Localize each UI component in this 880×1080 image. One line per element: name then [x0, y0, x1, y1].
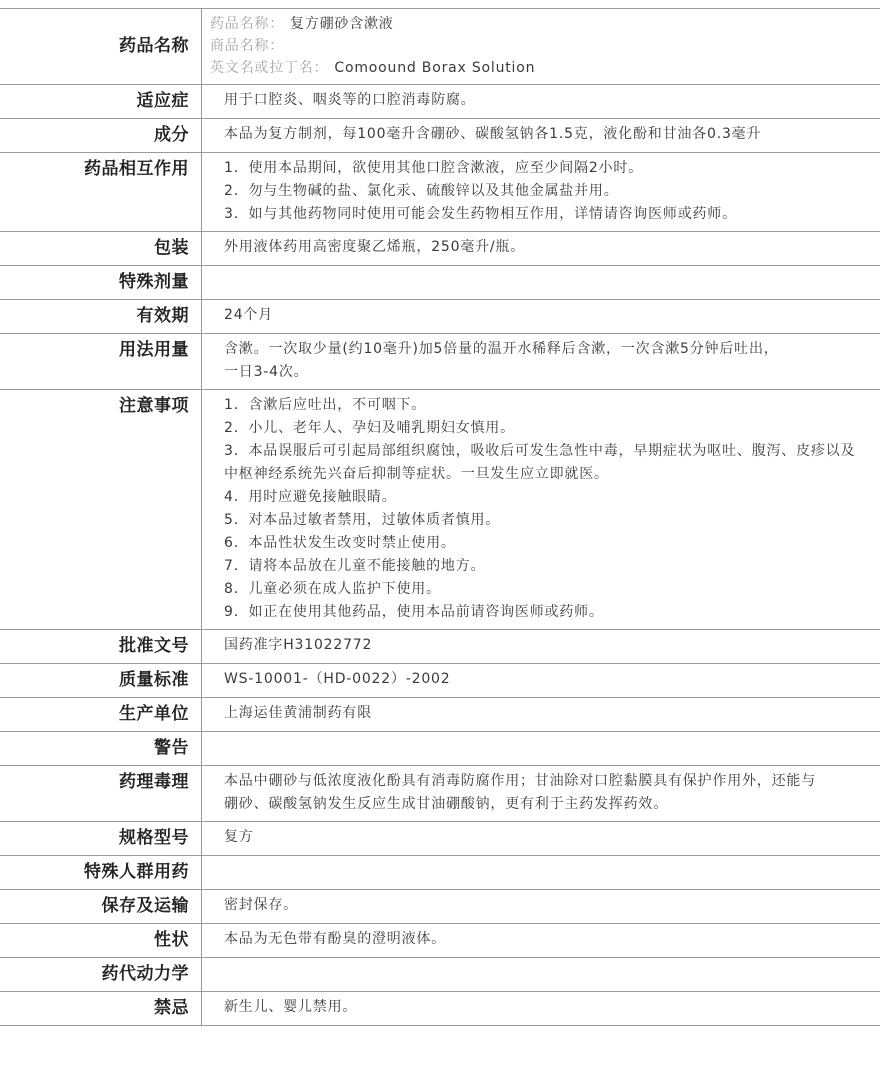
table-row-pharmacokinetics: 药代动力学 — [0, 958, 880, 992]
row-label: 注意事项 — [0, 390, 202, 630]
row-value: 含漱。一次取少量(约10毫升)加5倍量的温开水稀释后含漱，一次含漱5分钟后吐出，… — [202, 334, 880, 390]
row-value: 1．含漱后应吐出，不可咽下。 2．小儿、老年人、孕妇及哺乳期妇女慎用。 3．本品… — [202, 390, 880, 630]
value-line: 本品中硼砂与低浓度液化酚具有消毒防腐作用；甘油除对口腔黏膜具有保护作用外，还能与 — [224, 770, 870, 793]
row-label: 特殊人群用药 — [0, 856, 202, 890]
row-label: 有效期 — [0, 300, 202, 334]
row-value: 密封保存。 — [202, 890, 880, 924]
value-line: 2．小儿、老年人、孕妇及哺乳期妇女慎用。 — [224, 417, 870, 440]
row-value: 上海运佳黄浦制药有限 — [202, 698, 880, 732]
row-label: 批准文号 — [0, 630, 202, 664]
row-label: 成分 — [0, 119, 202, 153]
value-line: 新生儿、婴儿禁用。 — [224, 996, 870, 1019]
value-line: 24个月 — [224, 304, 870, 327]
row-value: 本品为无色带有酚臭的澄明液体。 — [202, 924, 880, 958]
table-row-pharmacology-toxicology: 药理毒理 本品中硼砂与低浓度液化酚具有消毒防腐作用；甘油除对口腔黏膜具有保护作用… — [0, 766, 880, 822]
row-value: 国药准字H31022772 — [202, 630, 880, 664]
row-label: 药品相互作用 — [0, 153, 202, 232]
table-row-packaging: 包装 外用液体药用高密度聚乙烯瓶，250毫升/瓶。 — [0, 232, 880, 266]
table-row-ingredients: 成分 本品为复方制剂，每100毫升含硼砂、碳酸氢钠各1.5克，液化酚和甘油各0.… — [0, 119, 880, 153]
row-label: 适应症 — [0, 85, 202, 119]
row-label: 药理毒理 — [0, 766, 202, 822]
value-line: 3．本品误服后可引起局部组织腐蚀，吸收后可发生急性中毒，早期症状为呕吐、腹泻、皮… — [224, 440, 870, 486]
row-label: 性状 — [0, 924, 202, 958]
table-row-special-populations: 特殊人群用药 — [0, 856, 880, 890]
value-line: 1．使用本品期间，欲使用其他口腔含漱液，应至少间隔2小时。 — [224, 157, 870, 180]
drug-name-field: 药品名称：复方硼砂含漱液 — [210, 13, 870, 35]
row-value: 复方 — [202, 822, 880, 856]
value-line: 一日3-4次。 — [224, 361, 870, 384]
table-row-manufacturer: 生产单位 上海运佳黄浦制药有限 — [0, 698, 880, 732]
value-line: 复方 — [224, 826, 870, 849]
drug-info-page: 药品名称 药品名称：复方硼砂含漱液 商品名称： 英文名或拉丁名：Comoound… — [0, 0, 880, 1026]
row-label: 药代动力学 — [0, 958, 202, 992]
value-line: WS-10001-（HD-0022）-2002 — [224, 668, 870, 691]
row-label: 规格型号 — [0, 822, 202, 856]
value-line: 本品为复方制剂，每100毫升含硼砂、碳酸氢钠各1.5克，液化酚和甘油各0.3毫升 — [224, 123, 870, 146]
table-row-precautions: 注意事项 1．含漱后应吐出，不可咽下。 2．小儿、老年人、孕妇及哺乳期妇女慎用。… — [0, 390, 880, 630]
value-line: 1．含漱后应吐出，不可咽下。 — [224, 394, 870, 417]
table-row-interactions: 药品相互作用 1．使用本品期间，欲使用其他口腔含漱液，应至少间隔2小时。 2．勿… — [0, 153, 880, 232]
value-line: 本品为无色带有酚臭的澄明液体。 — [224, 928, 870, 951]
row-label: 保存及运输 — [0, 890, 202, 924]
row-label: 用法用量 — [0, 334, 202, 390]
row-value: 24个月 — [202, 300, 880, 334]
row-label: 质量标准 — [0, 664, 202, 698]
table-row-specification: 规格型号 复方 — [0, 822, 880, 856]
value-line: 硼砂、碳酸氢钠发生反应生成甘油硼酸钠，更有利于主药发挥药效。 — [224, 793, 870, 816]
row-value — [202, 856, 880, 890]
row-label: 生产单位 — [0, 698, 202, 732]
field-key: 商品名称： — [210, 38, 284, 54]
row-value: 新生儿、婴儿禁用。 — [202, 992, 880, 1026]
table-row-dosage-usage: 用法用量 含漱。一次取少量(约10毫升)加5倍量的温开水稀释后含漱，一次含漱5分… — [0, 334, 880, 390]
table-row-shelf-life: 有效期 24个月 — [0, 300, 880, 334]
table-row-drug-name: 药品名称 药品名称：复方硼砂含漱液 商品名称： 英文名或拉丁名：Comoound… — [0, 9, 880, 85]
table-row-indications: 适应症 用于口腔炎、咽炎等的口腔消毒防腐。 — [0, 85, 880, 119]
row-value: 外用液体药用高密度聚乙烯瓶，250毫升/瓶。 — [202, 232, 880, 266]
table-row-storage-transport: 保存及运输 密封保存。 — [0, 890, 880, 924]
value-line: 密封保存。 — [224, 894, 870, 917]
row-label: 警告 — [0, 732, 202, 766]
value-line: 外用液体药用高密度聚乙烯瓶，250毫升/瓶。 — [224, 236, 870, 259]
value-line: 用于口腔炎、咽炎等的口腔消毒防腐。 — [224, 89, 870, 112]
value-line: 4．用时应避免接触眼睛。 — [224, 486, 870, 509]
row-value: 1．使用本品期间，欲使用其他口腔含漱液，应至少间隔2小时。 2．勿与生物碱的盐、… — [202, 153, 880, 232]
table-row-quality-standard: 质量标准 WS-10001-（HD-0022）-2002 — [0, 664, 880, 698]
table-row-contraindications: 禁忌 新生儿、婴儿禁用。 — [0, 992, 880, 1026]
value-line: 国药准字H31022772 — [224, 634, 870, 657]
english-name-field: 英文名或拉丁名：Comoound Borax Solution — [210, 57, 870, 79]
row-value — [202, 266, 880, 300]
value-line: 含漱。一次取少量(约10毫升)加5倍量的温开水稀释后含漱，一次含漱5分钟后吐出， — [224, 338, 870, 361]
row-label: 药品名称 — [0, 9, 202, 85]
row-value: 用于口腔炎、咽炎等的口腔消毒防腐。 — [202, 85, 880, 119]
row-label: 禁忌 — [0, 992, 202, 1026]
value-line: 9．如正在使用其他药品，使用本品前请咨询医师或药师。 — [224, 601, 870, 624]
value-line: 2．勿与生物碱的盐、氯化汞、硫酸锌以及其他金属盐并用。 — [224, 180, 870, 203]
row-value: WS-10001-（HD-0022）-2002 — [202, 664, 880, 698]
value-line: 8．儿童必须在成人监护下使用。 — [224, 578, 870, 601]
row-value — [202, 732, 880, 766]
value-line: 6．本品性状发生改变时禁止使用。 — [224, 532, 870, 555]
field-value: Comoound Borax Solution — [334, 60, 535, 76]
table-row-warning: 警告 — [0, 732, 880, 766]
trade-name-field: 商品名称： — [210, 35, 870, 57]
field-key: 英文名或拉丁名： — [210, 60, 328, 76]
value-line: 3．如与其他药物同时使用可能会发生药物相互作用，详情请咨询医师或药师。 — [224, 203, 870, 226]
value-line: 5．对本品过敏者禁用，过敏体质者慎用。 — [224, 509, 870, 532]
drug-info-table: 药品名称 药品名称：复方硼砂含漱液 商品名称： 英文名或拉丁名：Comoound… — [0, 8, 880, 1026]
table-row-special-dosage: 特殊剂量 — [0, 266, 880, 300]
row-label: 包装 — [0, 232, 202, 266]
row-label: 特殊剂量 — [0, 266, 202, 300]
table-row-approval-number: 批准文号 国药准字H31022772 — [0, 630, 880, 664]
value-line: 7．请将本品放在儿童不能接触的地方。 — [224, 555, 870, 578]
field-value: 复方硼砂含漱液 — [290, 16, 394, 32]
table-row-description: 性状 本品为无色带有酚臭的澄明液体。 — [0, 924, 880, 958]
row-value: 本品中硼砂与低浓度液化酚具有消毒防腐作用；甘油除对口腔黏膜具有保护作用外，还能与… — [202, 766, 880, 822]
value-line: 上海运佳黄浦制药有限 — [224, 702, 870, 725]
row-value: 药品名称：复方硼砂含漱液 商品名称： 英文名或拉丁名：Comoound Bora… — [202, 9, 880, 85]
row-value — [202, 958, 880, 992]
row-value: 本品为复方制剂，每100毫升含硼砂、碳酸氢钠各1.5克，液化酚和甘油各0.3毫升 — [202, 119, 880, 153]
field-key: 药品名称： — [210, 16, 284, 32]
